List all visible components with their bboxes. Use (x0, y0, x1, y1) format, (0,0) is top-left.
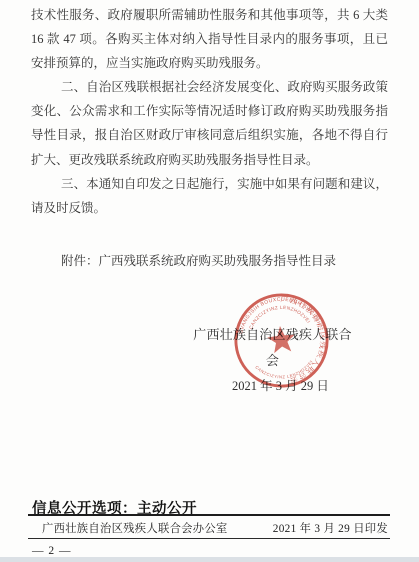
scan-edge-shadow (0, 557, 419, 562)
page-number: — 2 — (32, 545, 72, 557)
body-line: 三、本通知自印发之日起施行，实施中如果有问题和建议， (31, 172, 388, 196)
body-line: 技术性服务、政府履职所需辅助性服务和其他事项等，共 6 大类 (31, 3, 388, 27)
body-line: 导性目录，报自治区财政厅审核同意后组织实施，各地不得自行 (31, 123, 388, 147)
signature-org: 广西壮族自治区残疾人联合会 (187, 322, 358, 374)
footer-rule-bottom (28, 538, 390, 539)
body-line: 扩大、更改残联系统政府购买助残服务指导性目录。 (31, 148, 388, 172)
issuing-office-label: 广西壮族自治区残疾人联合会办公室 (42, 520, 228, 536)
attachment-line: 附件：广西残联系统政府购买助残服务指导性目录 (31, 249, 388, 273)
document-body: 技术性服务、政府履职所需辅助性服务和其他事项等，共 6 大类 16 款 47 项… (31, 3, 388, 273)
body-line: 安排预算的，应当实施政府购买助残服务。 (31, 51, 388, 75)
scanned-document-page: 技术性服务、政府履职所需辅助性服务和其他事项等，共 6 大类 16 款 47 项… (0, 0, 419, 562)
body-line: 二、自治区残联根据社会经济发展变化、政府购买服务政策 (31, 75, 388, 99)
signature-date: 2021 年 3 月 29 日 (195, 374, 366, 398)
print-date-label: 2021 年 3 月 29 日印发 (273, 520, 388, 536)
body-line: 16 款 47 项。各购买主体对纳入指导性目录内的服务事项，且已 (31, 27, 388, 51)
issuer-row: 广西壮族自治区残疾人联合会办公室 2021 年 3 月 29 日印发 (42, 520, 388, 536)
body-line: 请及时反馈。 (31, 196, 388, 220)
footer-rule-top (28, 514, 390, 516)
signature-block: 广西壮族自治区残疾人联合会 2021 年 3 月 29 日 (187, 322, 358, 398)
body-line: 变化、公众需求和工作实际等情况适时修订政府购买助残服务指 (31, 99, 388, 123)
